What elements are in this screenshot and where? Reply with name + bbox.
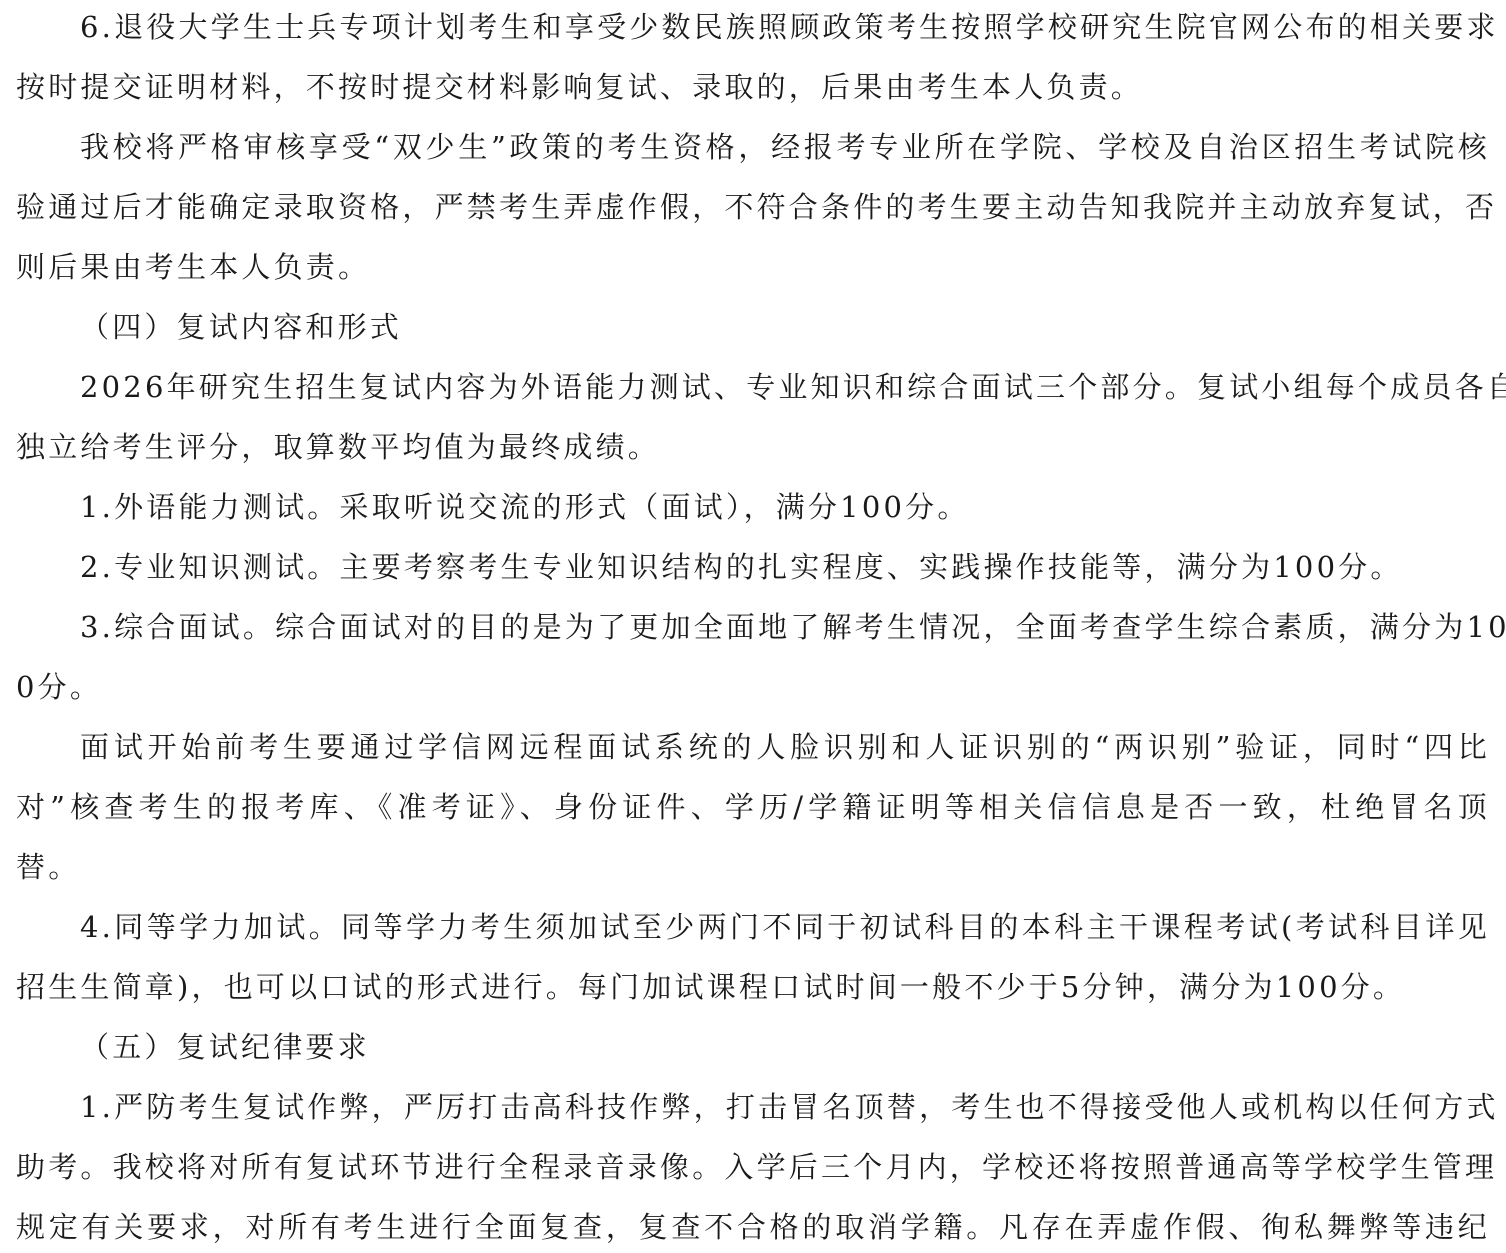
list-item: 4.同等学力加试。同等学力考生须加试至少两门不同于初试科目的本科主干课程考试(考… <box>80 905 1490 949</box>
list-item: 助考。我校将对所有复试环节进行全程录音录像。入学后三个月内，学校还将按照普通高等… <box>16 1145 1490 1189</box>
paragraph-line: 独立给考生评分，取算数平均值为最终成绩。 <box>16 425 1490 469</box>
list-item: 2.专业知识测试。主要考察考生专业知识结构的扎实程度、实践操作技能等，满分为10… <box>80 545 1490 589</box>
paragraph-line: 验通过后才能确定录取资格，严禁考生弄虚作假，不符合条件的考生要主动告知我院并主动… <box>16 185 1490 229</box>
paragraph-line: 面试开始前考生要通过学信网远程面试系统的人脸识别和人证识别的“两识别”验证，同时… <box>80 725 1490 769</box>
list-item: 规定有关要求，对所有考生进行全面复查，复查不合格的取消学籍。凡存在弄虚作假、徇私… <box>16 1205 1490 1249</box>
list-item: 1.外语能力测试。采取听说交流的形式（面试），满分100分。 <box>80 485 1490 529</box>
paragraph-line: 6.退役大学生士兵专项计划考生和享受少数民族照顾政策考生按照学校研究生院官网公布… <box>80 5 1490 49</box>
paragraph-line: 按时提交证明材料，不按时提交材料影响复试、录取的，后果由考生本人负责。 <box>16 65 1490 109</box>
paragraph-line: 2026年研究生招生复试内容为外语能力测试、专业知识和综合面试三个部分。复试小组… <box>80 365 1490 409</box>
paragraph-line: 我校将严格审核享受“双少生”政策的考生资格，经报考专业所在学院、学校及自治区招生… <box>80 125 1490 169</box>
section-heading: （五）复试纪律要求 <box>80 1025 370 1069</box>
paragraph-line: 对”核查考生的报考库、《准考证》、身份证件、学历/学籍证明等相关信信息是否一致，… <box>16 785 1490 829</box>
list-item: 1.严防考生复试作弊，严厉打击高科技作弊，打击冒名顶替，考生也不得接受他人或机构… <box>80 1085 1490 1129</box>
list-item: 招生生简章)，也可以口试的形式进行。每门加试课程口试时间一般不少于5分钟，满分为… <box>16 965 1490 1009</box>
paragraph-line: 则后果由考生本人负责。 <box>16 245 1490 289</box>
section-heading: （四）复试内容和形式 <box>80 305 402 349</box>
paragraph-line: 替。 <box>16 845 1490 889</box>
list-item: 0分。 <box>16 665 1490 709</box>
document-page: 6.退役大学生士兵专项计划考生和享受少数民族照顾政策考生按照学校研究生院官网公布… <box>0 0 1506 1253</box>
list-item: 3.综合面试。综合面试对的目的是为了更加全面地了解考生情况，全面考查学生综合素质… <box>80 605 1490 649</box>
